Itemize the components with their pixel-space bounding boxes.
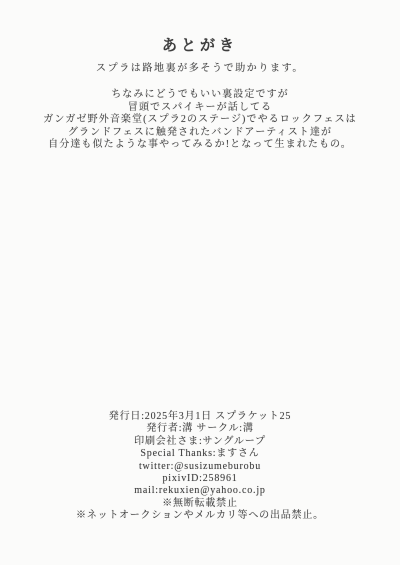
colophon-mail: mail:rekuxien@yahoo.co.jp bbox=[0, 485, 400, 497]
page-title: あとがき bbox=[0, 38, 400, 55]
afterword-body: ちなみにどうでもいい裏設定ですが 冒頭でスパイキーが話してる ガンガゼ野外音楽堂… bbox=[0, 89, 400, 152]
afterword-body-line: ガンガゼ野外音楽堂(スプラ2のステージ)でやるロックフェスは bbox=[0, 114, 400, 127]
colophon-printing-company: 印刷会社さま:サングループ bbox=[0, 436, 400, 448]
colophon-section: 発行日:2025年3月1日 スプラケット25 発行者:溝 サークル:溝 印刷会社… bbox=[0, 411, 400, 523]
colophon-no-resale-notice: ※ネットオークションやメルカリ等への出品禁止。 bbox=[0, 510, 400, 522]
afterword-lead: スプラは路地裏が多そうで助かります。 bbox=[0, 62, 400, 75]
colophon-pixiv-id: pixivID:258961 bbox=[0, 473, 400, 485]
colophon-publication-date: 発行日:2025年3月1日 スプラケット25 bbox=[0, 411, 400, 423]
colophon-special-thanks: Special Thanks:ますさん bbox=[0, 448, 400, 460]
afterword-page: あとがき スプラは路地裏が多そうで助かります。 ちなみにどうでもいい裏設定ですが… bbox=[0, 0, 400, 565]
afterword-body-line: 自分達も似たような事やってみるか!となって生まれたもの。 bbox=[0, 139, 400, 152]
colophon-twitter: twitter:@susizumeburobu bbox=[0, 461, 400, 473]
colophon-publisher-circle: 発行者:溝 サークル:溝 bbox=[0, 423, 400, 435]
afterword-section: あとがき スプラは路地裏が多そうで助かります。 ちなみにどうでもいい裏設定ですが… bbox=[0, 38, 400, 152]
colophon-no-reproduction-notice: ※無断転載禁止 bbox=[0, 498, 400, 510]
afterword-body-line: 冒頭でスパイキーが話してる bbox=[0, 102, 400, 115]
afterword-body-line: ちなみにどうでもいい裏設定ですが bbox=[0, 89, 400, 102]
afterword-body-line: グランドフェスに触発されたバンドアーティスト達が bbox=[0, 127, 400, 140]
